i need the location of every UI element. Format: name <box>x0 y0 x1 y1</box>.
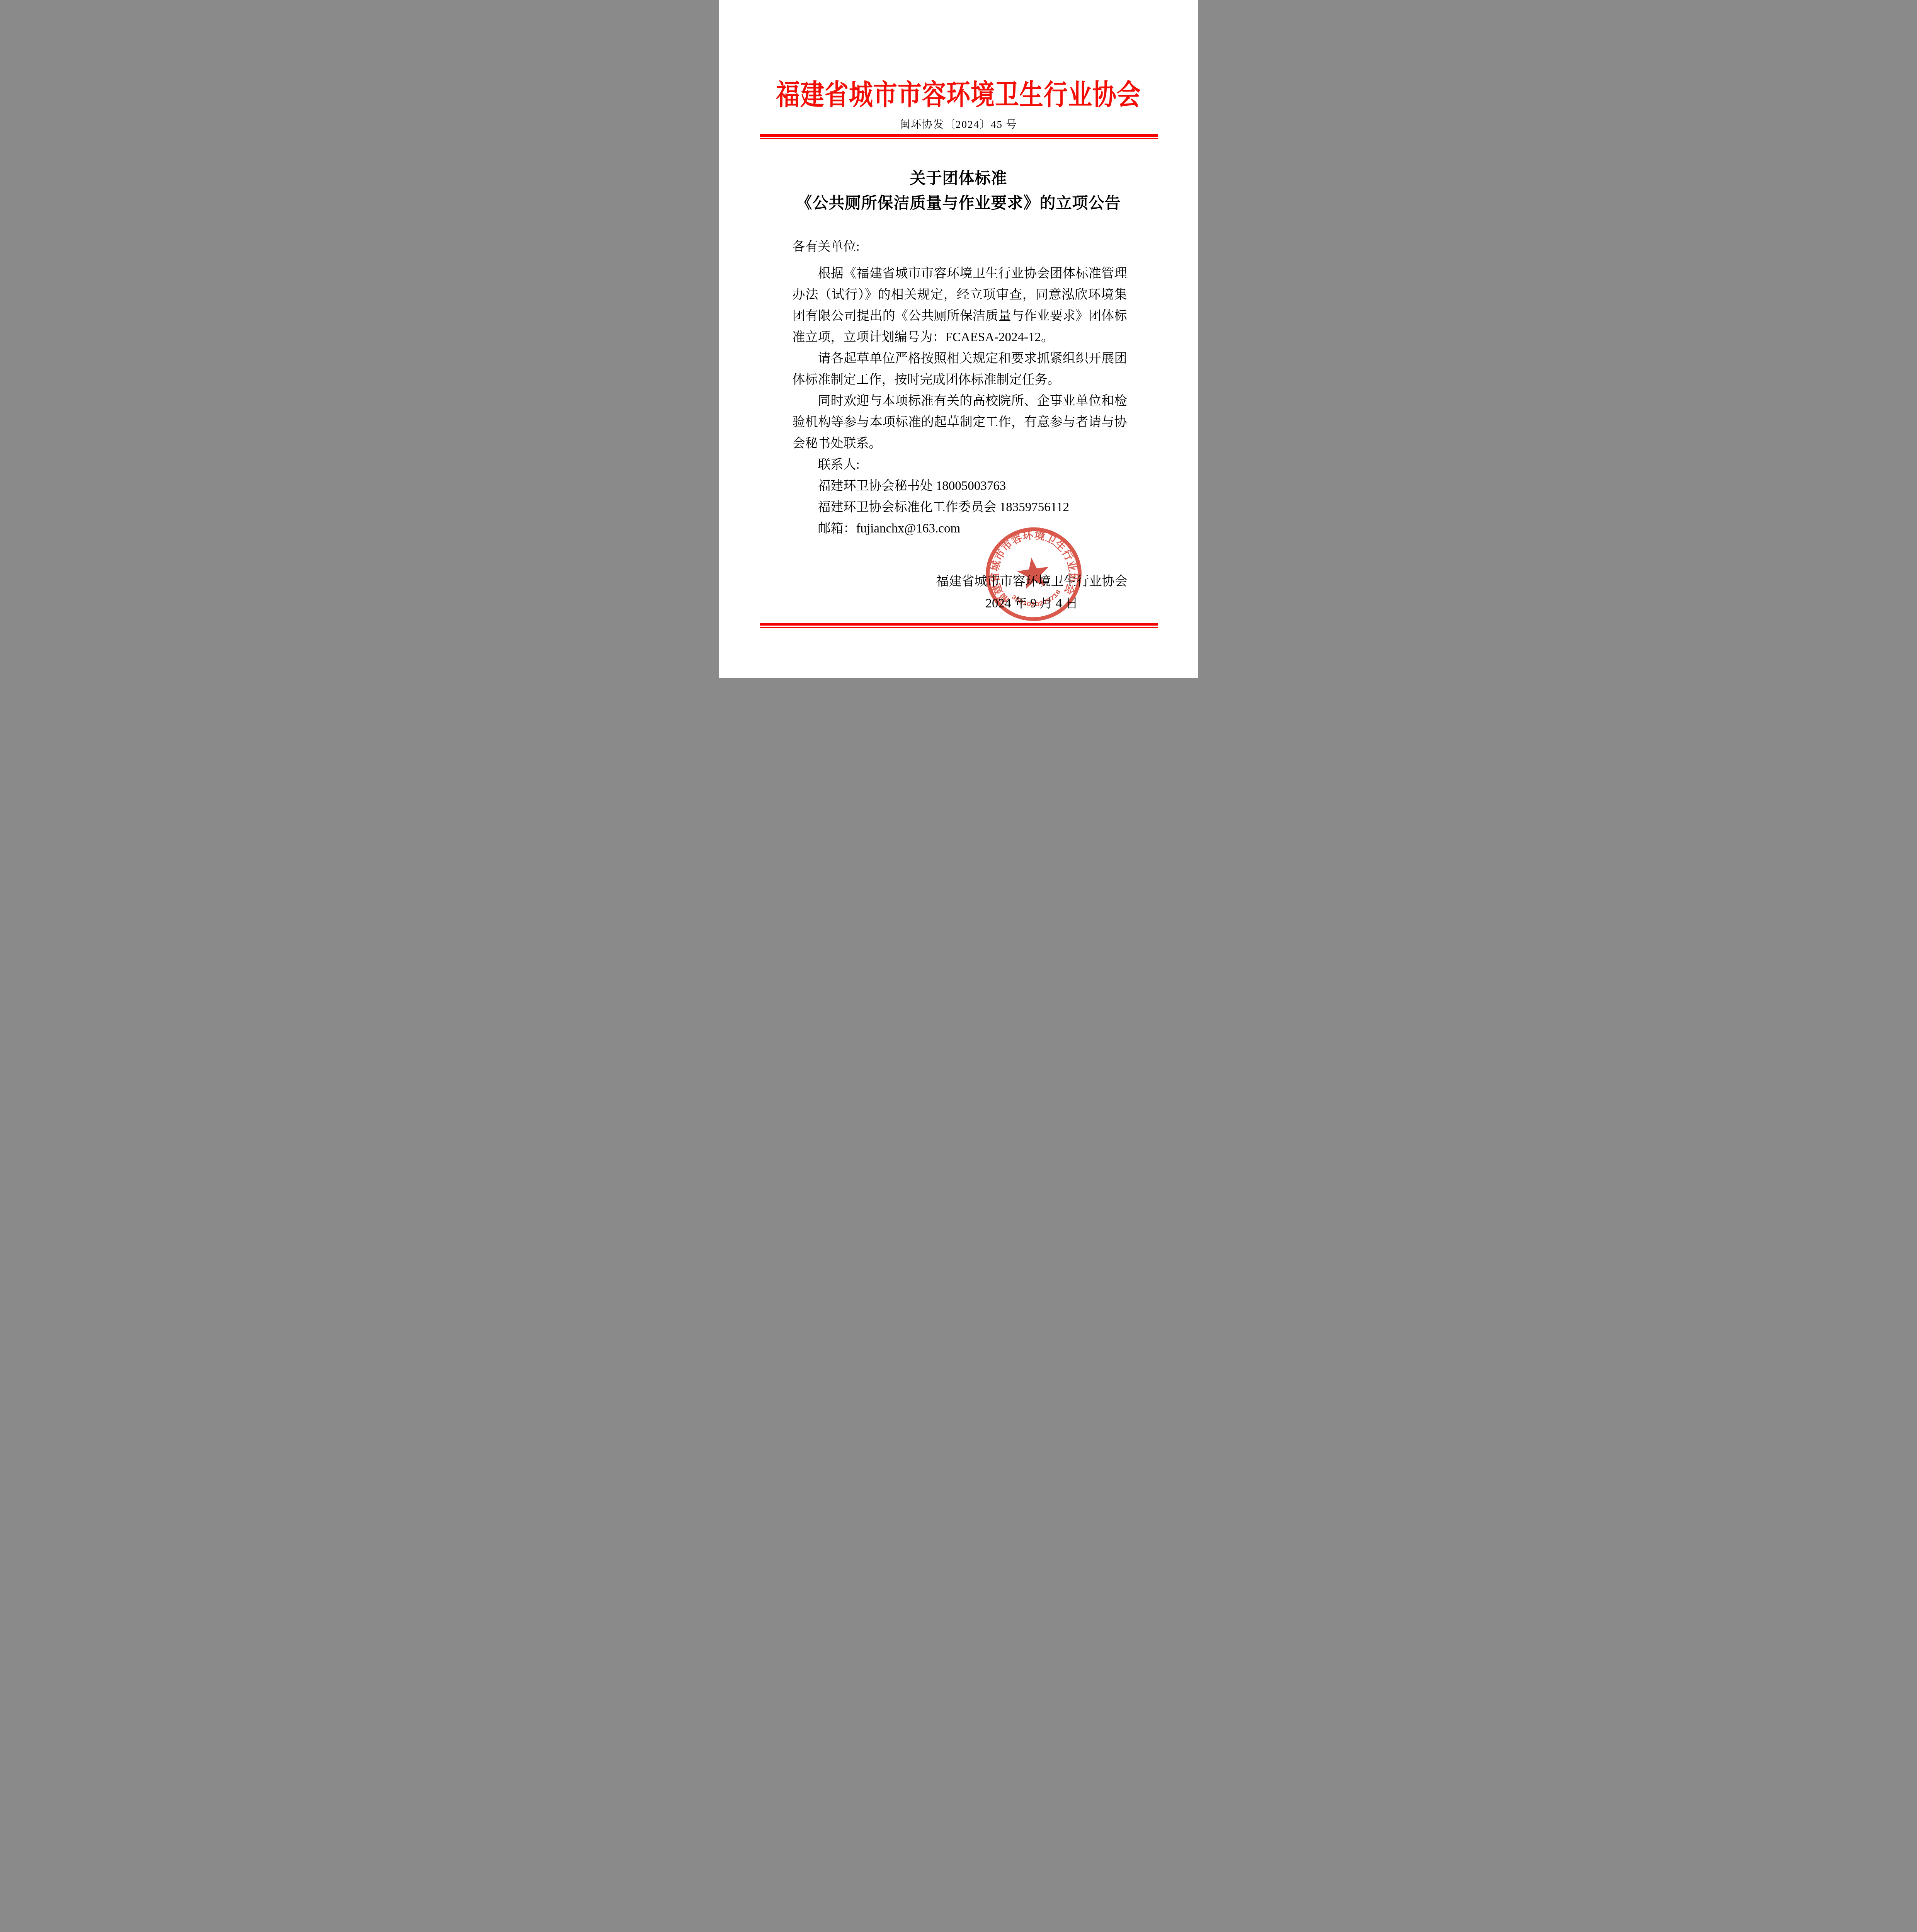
header-divider <box>760 134 1158 139</box>
official-seal-stamp: 福建省城市市容环境卫生行业协会 3501020275718 <box>984 526 1083 623</box>
document-title-line2: 《公共厕所保洁质量与作业要求》的立项公告 <box>719 190 1198 213</box>
seal-star <box>1015 555 1051 590</box>
doc-number: 闽环协发〔2024〕45 号 <box>719 116 1198 131</box>
svg-text:3501020275718: 3501020275718 <box>1009 587 1064 611</box>
header-divider-thick-line <box>760 134 1158 137</box>
paragraph-1: 根据《福建省城市市容环境卫生行业协会团体标准管理办法（试行）》的相关规定，经立项… <box>793 263 1127 348</box>
document-title-line1: 关于团体标准 <box>719 165 1198 188</box>
header-divider-thin-line <box>760 138 1158 139</box>
paragraph-2: 请各起草单位严格按照相关规定和要求抓紧组织开展团体标准制定工作，按时完成团体标准… <box>793 348 1127 391</box>
contact-line-standard-committee: 福建环卫协会标准化工作委员会 18359756112 <box>793 497 1127 518</box>
document-body: 各有关单位: 根据《福建省城市市容环境卫生行业协会团体标准管理办法（试行）》的相… <box>793 236 1127 539</box>
header-org-title: 福建省城市市容环境卫生行业协会 <box>719 72 1198 112</box>
paragraph-3: 同时欢迎与本项标准有关的高校院所、企事业单位和检验机构等参与本项标准的起草制定工… <box>793 391 1127 454</box>
contact-line-secretariat: 福建环卫协会秘书处 18005003763 <box>793 476 1127 497</box>
footer-divider-thin-line <box>760 627 1158 628</box>
footer-divider-thick-line <box>760 623 1158 626</box>
footer-divider <box>760 623 1158 628</box>
document-page: 福建省城市市容环境卫生行业协会 闽环协发〔2024〕45 号 关于团体标准 《公… <box>719 0 1198 678</box>
salutation: 各有关单位: <box>793 236 1127 258</box>
seal-serial-number: 3501020275718 <box>1009 587 1064 611</box>
contact-label: 联系人: <box>793 454 1127 476</box>
